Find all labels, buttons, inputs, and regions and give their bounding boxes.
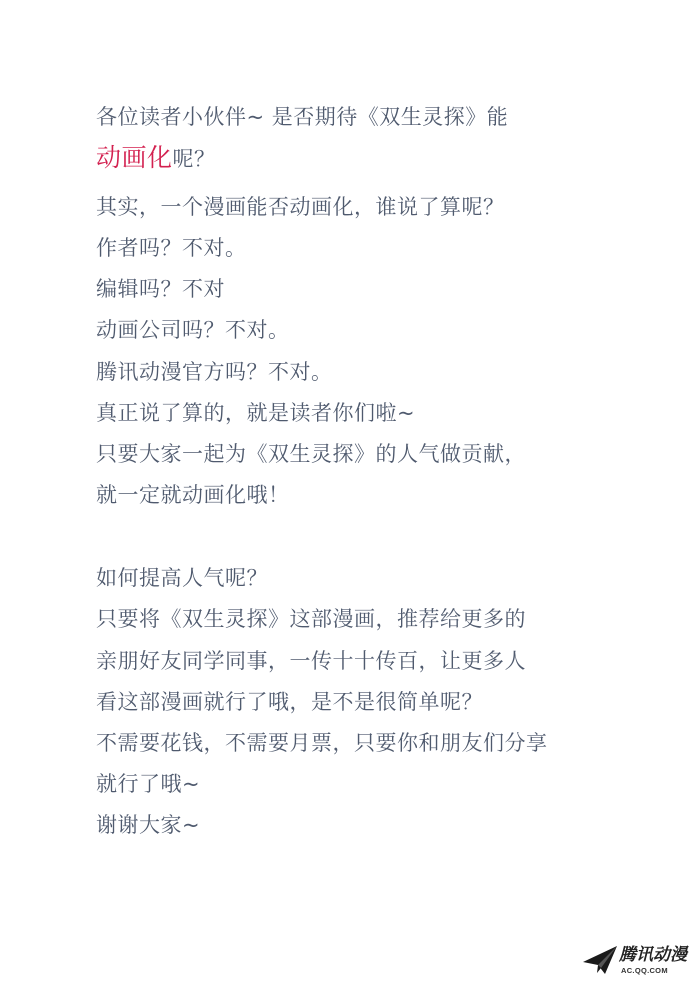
text-line: 腾讯动漫官方吗？不对。 (96, 357, 333, 387)
highlight-text: 动画化 (96, 143, 173, 172)
paper-plane-logo-icon (583, 946, 619, 976)
text-line: 只要大家一起为《双生灵探》的人气做贡献， (96, 439, 526, 469)
text-line: 就行了哦~ (96, 769, 200, 799)
text-line: 其实，一个漫画能否动画化，谁说了算呢？ (96, 192, 505, 222)
brand-url: AC.QQ.COM (621, 966, 668, 975)
text-line: 真正说了算的，就是读者你们啦~ (96, 398, 415, 428)
text-line: 动画公司吗？不对。 (96, 315, 290, 345)
tencent-comic-watermark: 腾讯动漫 AC.QQ.COM (583, 944, 695, 986)
text-line: 如何提高人气呢？ (96, 563, 268, 593)
brand-name: 腾讯动漫 (619, 944, 687, 966)
text-line: 只要将《双生灵探》这部漫画，推荐给更多的 (96, 604, 526, 634)
text-rest: 呢？ (173, 147, 216, 171)
comic-page: 各位读者小伙伴~ 是否期待《双生灵探》能 动画化呢？ 其实，一个漫画能否动画化，… (0, 0, 700, 990)
text-line-highlight: 动画化呢？ (96, 143, 216, 173)
text-line: 各位读者小伙伴~ 是否期待《双生灵探》能 (96, 102, 508, 132)
text-line: 作者吗？不对。 (96, 233, 247, 263)
text-line: 不需要花钱，不需要月票，只要你和朋友们分享 (96, 728, 548, 758)
text-line: 看这部漫画就行了哦，是不是很简单呢？ (96, 687, 483, 717)
text-line: 谢谢大家~ (96, 810, 200, 840)
text-line: 亲朋好友同学同事，一传十十传百，让更多人 (96, 646, 526, 676)
text-line: 就一定就动画化哦！ (96, 480, 290, 510)
text-line: 编辑吗？不对 (96, 274, 225, 304)
